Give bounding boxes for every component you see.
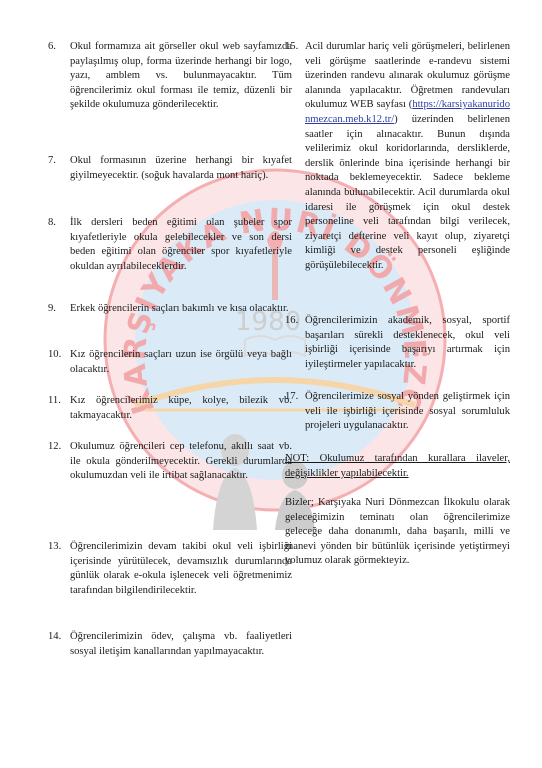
rule-item-17: 17. Öğrencilerimize sosyal yönden gelişt… (285, 390, 510, 434)
rule-text: Okul formasının üzerine herhangi bir kıy… (70, 154, 292, 183)
rule-text: Öğrencilerimizin devam takibi okul veli … (70, 540, 292, 598)
rule-number: 12. (48, 440, 61, 455)
rule-text: Okul formamıza ait görseller okul web sa… (70, 40, 292, 113)
rule-text: Öğrencilerimizin ödev, çalışma vb. faali… (70, 630, 292, 659)
rule-item-11: 11. Kız öğrencilerimiz küpe, kolye, bile… (48, 394, 292, 423)
note-text: NOT: Okulumuz tarafından kurallara ilave… (285, 452, 510, 481)
rule-number: 16. (285, 314, 298, 329)
rule-item-15: 15. Acil durumlar hariç veli görüşmeleri… (285, 40, 510, 274)
rule-text: Öğrencilerimizin akademik, sosyal, sport… (305, 314, 510, 372)
rule-number: 14. (48, 630, 61, 645)
closing-paragraph: Bizler; Karşıyaka Nuri Dönmezcan İlkokul… (285, 496, 510, 569)
rule-number: 11. (48, 394, 61, 409)
rule-text: Acil durumlar hariç veli görüşmeleri, be… (305, 40, 510, 274)
rule-text: İlk dersleri beden eğitimi olan şubeler … (70, 216, 292, 274)
rule-item-13: 13. Öğrencilerimizin devam takibi okul v… (48, 540, 292, 598)
rule-number: 9. (48, 302, 56, 317)
rule-number: 17. (285, 390, 298, 405)
rule-number: 6. (48, 40, 56, 55)
rule-text: Erkek öğrencilerin saçları bakımlı ve kı… (70, 302, 292, 317)
rule-item-7: 7. Okul formasının üzerine herhangi bir … (48, 154, 292, 183)
rule-item-14: 14. Öğrencilerimizin ödev, çalışma vb. f… (48, 630, 292, 659)
rule-number: 7. (48, 154, 56, 169)
rule-number: 10. (48, 348, 61, 363)
rule-text: Kız öğrencilerin saçları uzun ise örgülü… (70, 348, 292, 377)
document-page: 6. Okul formamıza ait görseller okul web… (0, 0, 542, 768)
rule-text: Okulumuz öğrencileri cep telefonu, akıll… (70, 440, 292, 484)
rule-number: 8. (48, 216, 56, 231)
rule-item-10: 10. Kız öğrencilerin saçları uzun ise ör… (48, 348, 292, 377)
rule-text-part: ) üzerinden belirlenen saatler için alın… (305, 114, 510, 271)
rule-item-8: 8. İlk dersleri beden eğitimi olan şubel… (48, 216, 292, 274)
rule-number: 15. (285, 40, 298, 55)
rule-item-9: 9. Erkek öğrencilerin saçları bakımlı ve… (48, 302, 292, 317)
rule-item-6: 6. Okul formamıza ait görseller okul web… (48, 40, 292, 113)
rule-item-12: 12. Okulumuz öğrencileri cep telefonu, a… (48, 440, 292, 484)
rule-text: Öğrencilerimize sosyal yönden geliştirme… (305, 390, 510, 434)
rule-item-16: 16. Öğrencilerimizin akademik, sosyal, s… (285, 314, 510, 372)
rule-text: Kız öğrencilerimiz küpe, kolye, bilezik … (70, 394, 292, 423)
rule-number: 13. (48, 540, 61, 555)
